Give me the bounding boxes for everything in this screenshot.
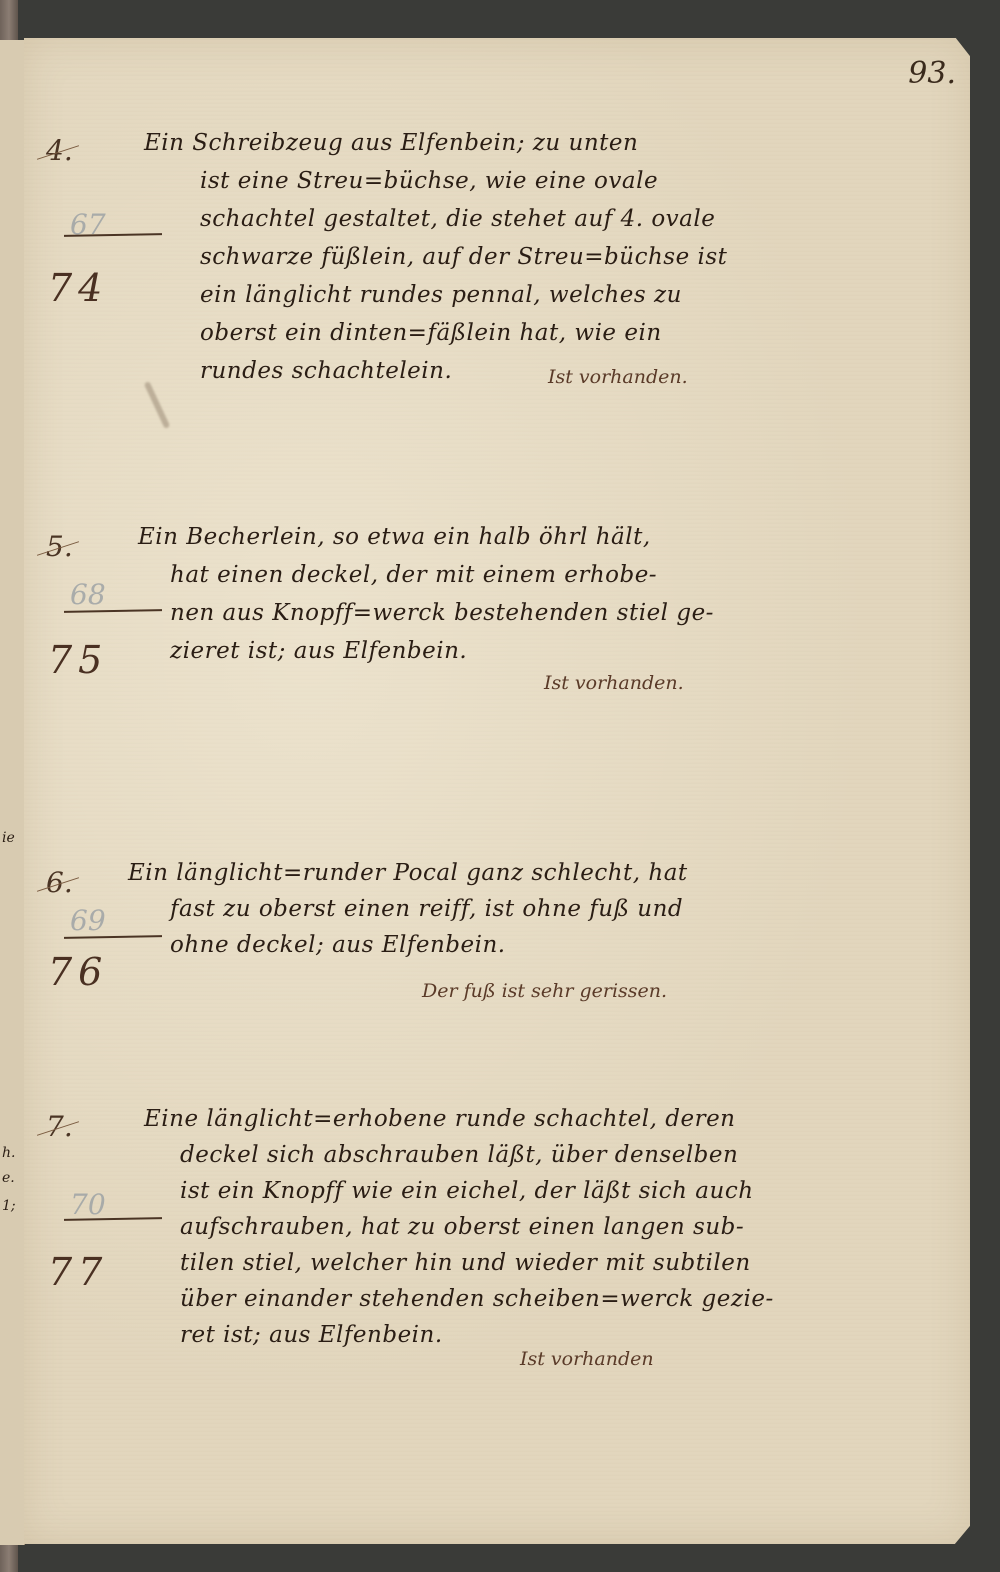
entry-text-line: ist eine Streu=büchse, wie eine ovale bbox=[200, 168, 658, 194]
facing-page-edge: ie h. e. 1; bbox=[0, 40, 25, 1545]
entry-text-line: nen aus Knopff=werck bestehenden stiel g… bbox=[170, 600, 714, 626]
entry-text-line: schachtel gestaltet, die stehet auf 4. o… bbox=[200, 206, 715, 232]
entry-text-line: schwarze füßlein, auf der Streu=büchse i… bbox=[200, 244, 727, 270]
new-item-number: 76 bbox=[48, 950, 108, 994]
margin-fragment: e. bbox=[2, 1170, 15, 1186]
number-rule bbox=[64, 609, 162, 613]
status-note: Der fuß ist sehr gerissen. bbox=[422, 980, 667, 1002]
page-number: 93. bbox=[908, 56, 956, 91]
entry-text-line: tilen stiel, welcher hin und wieder mit … bbox=[180, 1250, 751, 1276]
entry-text-line: rundes schachtelein. bbox=[200, 358, 452, 384]
entry-text-line: Ein länglicht=runder Pocal ganz schlecht… bbox=[128, 860, 688, 886]
margin-fragment: h. bbox=[2, 1145, 15, 1161]
old-item-number: 5. bbox=[46, 530, 73, 563]
margin-fragment: 1; bbox=[2, 1198, 16, 1214]
number-rule bbox=[64, 1217, 162, 1221]
entry-text-line: Ein Schreibzeug aus Elfenbein; zu unten bbox=[144, 130, 638, 156]
entry-text-line: fast zu oberst einen reiff, ist ohne fuß… bbox=[170, 896, 683, 922]
pencil-number: 70 bbox=[70, 1188, 106, 1221]
entry-text-line: oberst ein dinten=fäßlein hat, wie ein bbox=[200, 320, 662, 346]
status-note: Ist vorhanden bbox=[520, 1348, 654, 1370]
manuscript-page: 93. 4. 67 74 Ein Schreibzeug aus Elfenbe… bbox=[24, 38, 970, 1544]
entry-text-line: ein länglicht rundes pennal, welches zu bbox=[200, 282, 682, 308]
ink-smudge bbox=[144, 381, 171, 429]
entry-text-line: hat einen deckel, der mit einem erhobe- bbox=[170, 562, 657, 588]
entry-text-line: zieret ist; aus Elfenbein. bbox=[170, 638, 467, 664]
entry-text-line: deckel sich abschrauben läßt, über dense… bbox=[180, 1142, 738, 1168]
old-item-number: 7. bbox=[46, 1110, 73, 1143]
new-item-number: 75 bbox=[48, 638, 108, 682]
entry-text-line: ist ein Knopff wie ein eichel, der läßt … bbox=[180, 1178, 754, 1204]
old-item-number: 6. bbox=[46, 866, 73, 899]
entry-text-line: Ein Becherlein, so etwa ein halb öhrl hä… bbox=[138, 524, 651, 550]
entry-text-line: Eine länglicht=erhobene runde schachtel,… bbox=[144, 1106, 736, 1132]
status-note: Ist vorhanden. bbox=[544, 672, 684, 694]
new-item-number: 77 bbox=[48, 1250, 108, 1294]
status-note: Ist vorhanden. bbox=[548, 366, 688, 388]
entry-text-line: über einander stehenden scheiben=werck g… bbox=[180, 1286, 774, 1312]
entry-text-line: ohne deckel; aus Elfenbein. bbox=[170, 932, 506, 958]
entry-text-line: aufschrauben, hat zu oberst einen langen… bbox=[180, 1214, 744, 1240]
margin-fragment: ie bbox=[2, 830, 15, 846]
old-item-number: 4. bbox=[46, 134, 73, 167]
pencil-number: 68 bbox=[70, 578, 106, 611]
new-item-number: 74 bbox=[48, 266, 108, 310]
number-rule bbox=[64, 935, 162, 939]
number-rule bbox=[64, 233, 162, 237]
entry-text-line: ret ist; aus Elfenbein. bbox=[180, 1322, 443, 1348]
pencil-number: 69 bbox=[70, 904, 106, 937]
